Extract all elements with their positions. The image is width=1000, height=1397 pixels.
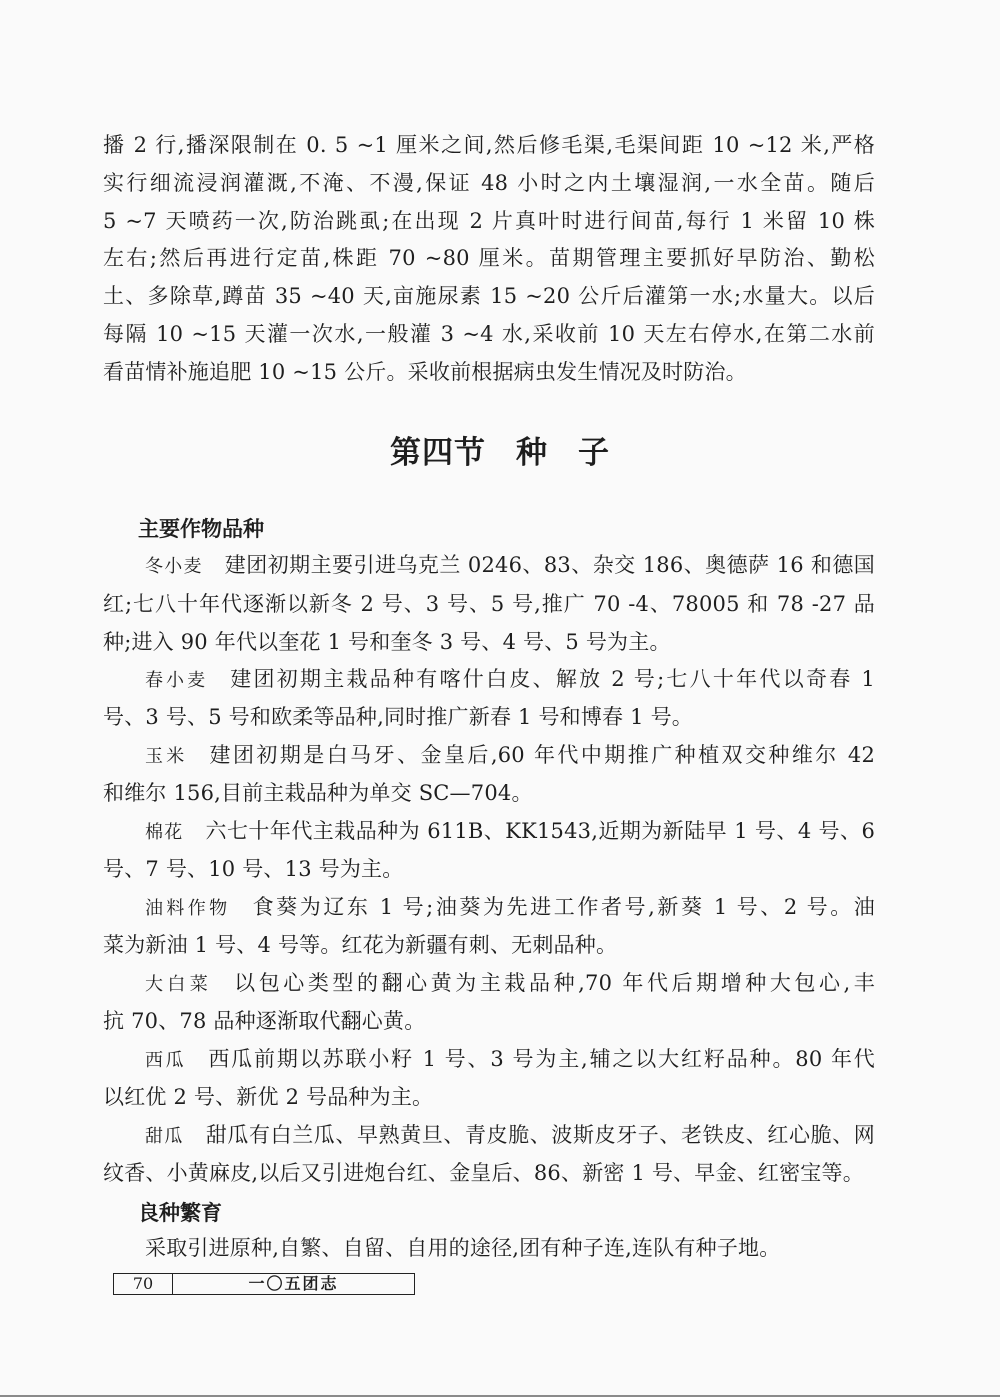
crop-entry-spring-wheat: 春小麦建团初期主栽品种有喀什白皮、解放 2 号;七八十年代以奇春 1 <box>145 666 875 692</box>
crop-term: 棉花 <box>145 822 184 843</box>
crop-entry-watermelon: 西瓜西瓜前期以苏联小籽 1 号、3 号为主,辅之以大红籽品种。80 年代 <box>145 1046 875 1072</box>
body-line: 播 2 行,播深限制在 0. 5 ~1 厘米之间,然后修毛渠,毛渠间距 10 ~… <box>103 132 875 158</box>
section-title-char: 种 <box>516 435 548 471</box>
crop-term: 西瓜 <box>145 1050 186 1071</box>
body-text: 建团初期是白马牙、金皇后,60 年代中期推广种植双交种维尔 42 <box>210 743 876 767</box>
body-line: 土、多除草,蹲苗 35 ~40 天,亩施尿素 15 ~20 公斤后灌第一水;水量… <box>103 283 875 309</box>
body-line: 红;七八十年代逐渐以新冬 2 号、3 号、5 号,推广 70 -4、78005 … <box>103 591 875 617</box>
section-title: 第四节种子 <box>0 427 1000 472</box>
body-line: 和维尔 156,目前主栽品种为单交 SC—704。 <box>103 780 875 806</box>
crop-entry-winter-wheat: 冬小麦建团初期主要引进乌克兰 0246、83、杂交 186、奥德萨 16 和德国 <box>145 552 875 578</box>
body-line: 实行细流浸润灌溉,不淹、不漫,保证 48 小时之内土壤湿润,一水全苗。随后 <box>103 170 875 196</box>
body-text: 以包心类型的翻心黄为主栽品种,70 年代后期增种大包心,丰 <box>234 971 875 995</box>
body-text: 建团初期主栽品种有喀什白皮、解放 2 号;七八十年代以奇春 1 <box>230 667 875 691</box>
body-line: 看苗情补施追肥 10 ~15 公斤。采收前根据病虫发生情况及时防治。 <box>103 359 875 385</box>
crop-term: 油料作物 <box>145 898 231 919</box>
body-text: 建团初期主要引进乌克兰 0246、83、杂交 186、奥德萨 16 和德国 <box>225 553 875 577</box>
body-text: 食葵为辽东 1 号;油葵为先进工作者号,新葵 1 号、2 号。油 <box>253 895 875 919</box>
body-line: 菜为新油 1 号、4 号等。红花为新疆有刺、无刺品种。 <box>103 932 875 958</box>
body-line: 号、3 号、5 号和欧柔等品种,同时推广新春 1 号和博春 1 号。 <box>103 704 875 730</box>
section-title-char: 子 <box>578 435 610 471</box>
crop-entry-chinese-cabbage: 大白菜以包心类型的翻心黄为主栽品种,70 年代后期增种大包心,丰 <box>145 970 875 996</box>
body-text: 六七十年代主栽品种为 611B、KK1543,近期为新陆早 1 号、4 号、6 <box>206 819 876 843</box>
subsection-heading: 主要作物品种 <box>138 513 264 543</box>
body-line: 采取引进原种,自繁、自留、自用的途径,团有种子连,连队有种子地。 <box>145 1235 875 1261</box>
page-number: 70 <box>114 1274 173 1294</box>
body-text: 西瓜前期以苏联小籽 1 号、3 号为主,辅之以大红籽品种。80 年代 <box>208 1047 875 1071</box>
crop-term: 玉米 <box>145 746 188 767</box>
crop-entry-muskmelon: 甜瓜甜瓜有白兰瓜、早熟黄旦、青皮脆、波斯皮牙子、老铁皮、红心脆、网 <box>145 1122 875 1148</box>
body-line: 5 ~7 天喷药一次,防治跳虱;在出现 2 片真叶时进行间苗,每行 1 米留 1… <box>103 208 875 234</box>
body-line: 每隔 10 ~15 天灌一次水,一般灌 3 ~4 水,采收前 10 天左右停水,… <box>103 321 875 347</box>
crop-term: 甜瓜 <box>145 1126 184 1147</box>
crop-term: 大白菜 <box>145 974 212 995</box>
crop-term: 春小麦 <box>145 670 208 691</box>
crop-entry-oil-crops: 油料作物食葵为辽东 1 号;油葵为先进工作者号,新葵 1 号、2 号。油 <box>145 894 875 920</box>
page-footer: 70 一〇五团志 <box>113 1273 415 1295</box>
body-text: 甜瓜有白兰瓜、早熟黄旦、青皮脆、波斯皮牙子、老铁皮、红心脆、网 <box>206 1123 875 1147</box>
body-line: 左右;然后再进行定苗,株距 70 ~80 厘米。苗期管理主要抓好早防治、勤松 <box>103 245 875 271</box>
book-page: 播 2 行,播深限制在 0. 5 ~1 厘米之间,然后修毛渠,毛渠间距 10 ~… <box>0 0 1000 1395</box>
body-line: 以红优 2 号、新优 2 号品种为主。 <box>103 1084 875 1110</box>
crop-entry-cotton: 棉花六七十年代主栽品种为 611B、KK1543,近期为新陆早 1 号、4 号、… <box>145 818 875 844</box>
book-title: 一〇五团志 <box>173 1274 414 1294</box>
crop-entry-corn: 玉米建团初期是白马牙、金皇后,60 年代中期推广种植双交种维尔 42 <box>145 742 875 768</box>
body-line: 纹香、小黄麻皮,以后又引进炮台红、金皇后、86、新密 1 号、早金、红密宝等。 <box>103 1160 875 1186</box>
body-line: 号、7 号、10 号、13 号为主。 <box>103 856 875 882</box>
body-line: 抗 70、78 品种逐渐取代翻心黄。 <box>103 1008 875 1034</box>
section-number: 第四节 <box>390 435 486 471</box>
crop-term: 冬小麦 <box>145 556 203 577</box>
body-line: 种;进入 90 年代以奎花 1 号和奎冬 3 号、4 号、5 号为主。 <box>103 629 875 655</box>
subsection-heading: 良种繁育 <box>138 1197 222 1227</box>
